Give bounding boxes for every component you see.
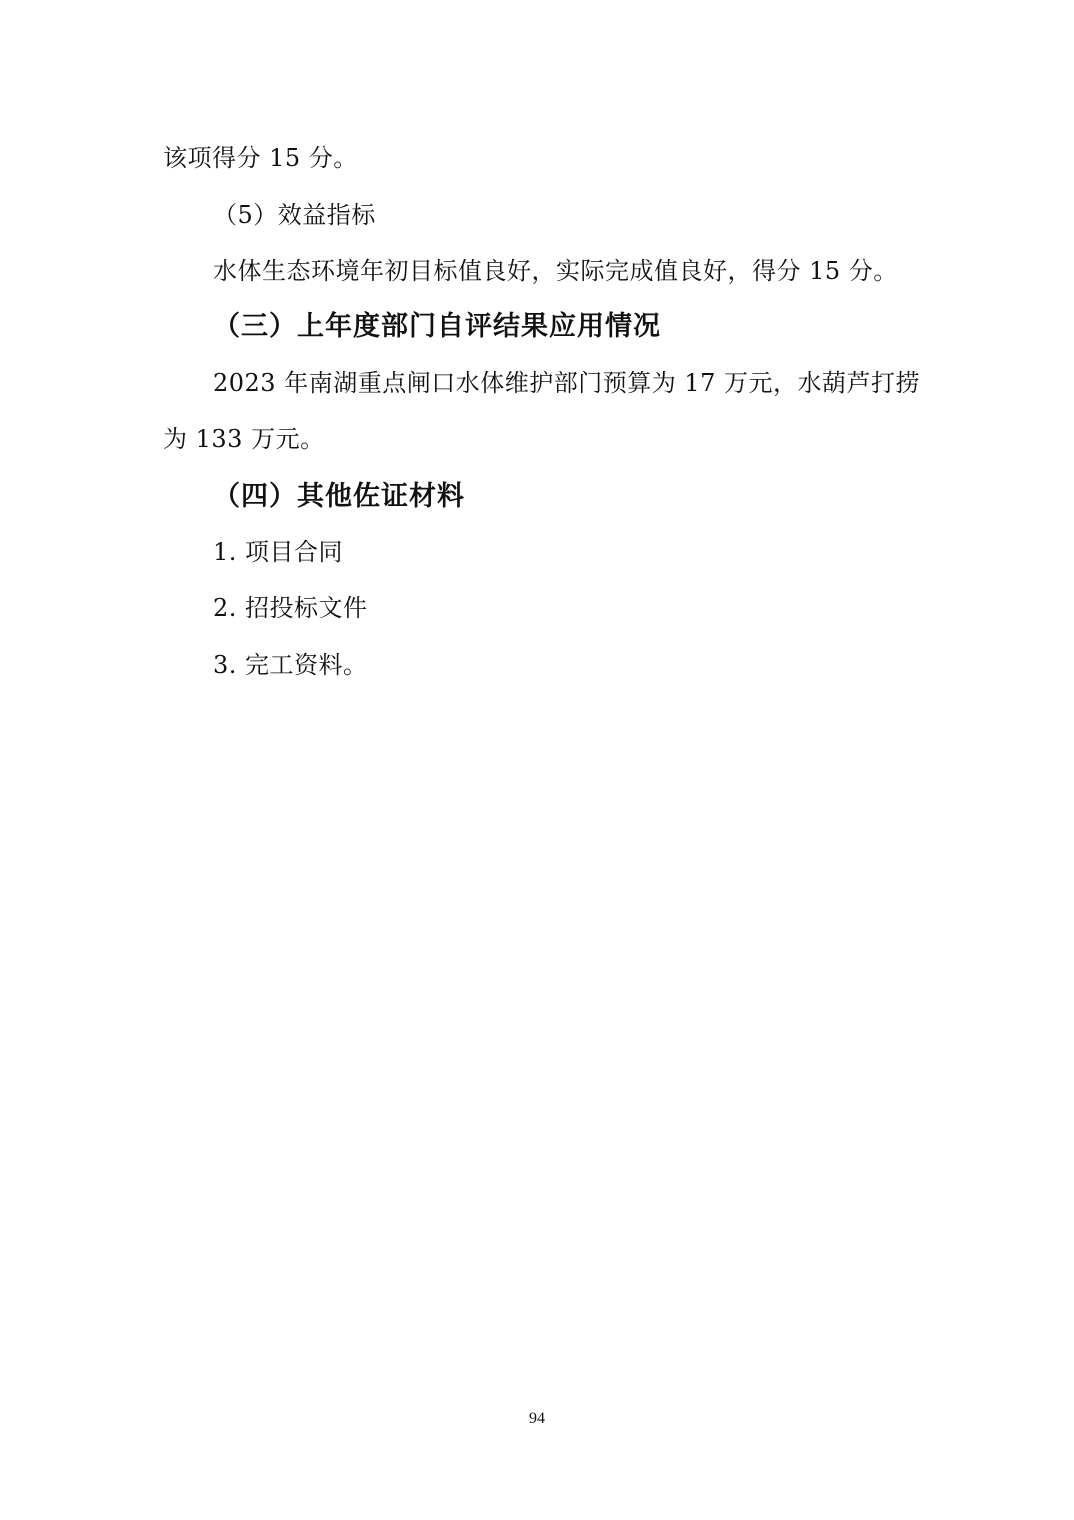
score-sentence: 该项得分 15 分。 [163,143,358,173]
section3-body-line2: 为 133 万元。 [163,424,325,454]
subheading-benefit-indicator: （5）效益指标 [213,200,376,230]
section3-body-line1: 2023 年南湖重点闸口水体维护部门预算为 17 万元，水葫芦打捞 [213,368,920,398]
benefit-paragraph: 水体生态环境年初目标值良好，实际完成值良好，得分 15 分。 [213,256,898,286]
section-heading-3: （三）上年度部门自评结果应用情况 [213,310,661,344]
page-number: 94 [0,1410,1074,1428]
list-item: 3. 完工资料。 [213,650,368,680]
section-heading-4: （四）其他佐证材料 [213,480,465,514]
list-item: 1. 项目合同 [213,537,343,567]
list-item: 2. 招投标文件 [213,593,368,623]
